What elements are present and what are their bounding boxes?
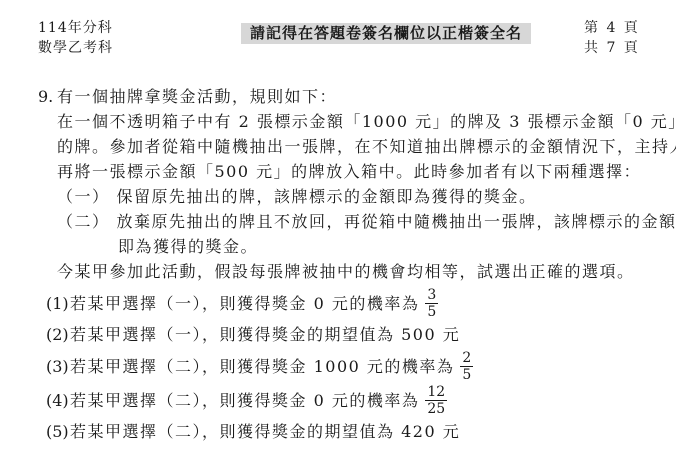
choice-one-row: （一） 保留原先抽出的牌，該牌標示的金額即為獲得的獎金。 (38, 184, 656, 209)
question-9: 9. 有一個抽牌拿獎金活動，規則如下： 在一個不透明箱子中有 2 張標示金額「1… (0, 84, 676, 446)
option-4-label: (4) (46, 388, 70, 413)
page-number-block: 第 4 頁 共 7 頁 (584, 18, 662, 58)
option-1-row: (1) 若某甲選擇（一），則獲得獎金 0 元的機率為 3 5 (38, 286, 656, 320)
question-paragraph-line: 的牌。參加者從箱中隨機抽出一張牌，在不知道抽出牌標示的金額情況下，主持人 (38, 134, 656, 159)
option-1-fraction: 3 5 (425, 287, 438, 320)
option-2-label: (2) (46, 322, 70, 347)
page-total-label: 共 7 頁 (584, 38, 662, 58)
option-3-row: (3) 若某甲選擇（二），則獲得獎金 1000 元的機率為 2 5 (38, 349, 656, 383)
exam-year-label: 114年分科 (38, 18, 188, 38)
fraction-denominator: 5 (460, 367, 473, 383)
choice-one-text: 保留原先抽出的牌，該牌標示的金額即為獲得的獎金。 (117, 184, 537, 209)
choice-one-label: （一） (57, 184, 110, 209)
exam-page: 114年分科 數學乙考科 請記得在答題卷簽名欄位以正楷簽全名 第 4 頁 共 7… (0, 0, 676, 462)
question-paragraph-line: 在一個不透明箱子中有 2 張標示金額「1000 元」的牌及 3 張標示金額「0 … (38, 109, 656, 134)
fraction-denominator: 25 (425, 401, 447, 417)
option-1-label: (1) (46, 291, 70, 316)
option-3-fraction: 2 5 (460, 350, 473, 383)
option-4-row: (4) 若某甲選擇（二），則獲得獎金 0 元的機率為 12 25 (38, 383, 656, 417)
option-5-row: (5) 若某甲選擇（二），則獲得獎金的期望值為 420 元 (38, 417, 656, 446)
option-3-label: (3) (46, 354, 70, 379)
option-5-label: (5) (46, 419, 70, 444)
choice-two-label: （二） (57, 209, 110, 234)
options-list: (1) 若某甲選擇（一），則獲得獎金 0 元的機率為 3 5 (2) 若某甲選擇… (38, 286, 656, 446)
signature-notice-banner: 請記得在答題卷簽名欄位以正楷簽全名 (241, 23, 531, 44)
choice-two-continuation: 即為獲得的獎金。 (38, 234, 656, 259)
exam-name-block: 114年分科 數學乙考科 (38, 18, 188, 58)
option-3-text: 若某甲選擇（二），則獲得獎金 1000 元的機率為 (70, 354, 454, 379)
exam-subject-label: 數學乙考科 (38, 38, 188, 58)
question-number: 9. (38, 84, 57, 109)
choice-two-row: （二） 放棄原先抽出的牌且不放回，再從箱中隨機抽出一張牌，該牌標示的金額 (38, 209, 656, 234)
option-1-text: 若某甲選擇（一），則獲得獎金 0 元的機率為 (70, 291, 419, 316)
page-header: 114年分科 數學乙考科 請記得在答題卷簽名欄位以正楷簽全名 第 4 頁 共 7… (0, 0, 676, 58)
question-summary: 今某甲參加此活動，假設每張牌被抽中的機會均相等，試選出正確的選項。 (38, 259, 656, 284)
choice-two-text: 放棄原先抽出的牌且不放回，再從箱中隨機抽出一張牌，該牌標示的金額 (117, 209, 676, 234)
fraction-numerator: 3 (425, 287, 438, 304)
page-number-label: 第 4 頁 (584, 18, 662, 38)
option-4-text: 若某甲選擇（二），則獲得獎金 0 元的機率為 (70, 388, 419, 413)
fraction-numerator: 12 (425, 384, 447, 401)
question-intro-row: 9. 有一個抽牌拿獎金活動，規則如下： (38, 84, 656, 109)
fraction-denominator: 5 (425, 304, 438, 320)
fraction-numerator: 2 (460, 350, 473, 367)
option-4-fraction: 12 25 (425, 384, 447, 417)
question-paragraph-line: 再將一張標示金額「500 元」的牌放入箱中。此時參加者有以下兩種選擇： (38, 159, 656, 184)
signature-notice-wrap: 請記得在答題卷簽名欄位以正楷簽全名 (188, 18, 584, 44)
option-5-text: 若某甲選擇（二），則獲得獎金的期望值為 420 元 (70, 419, 460, 444)
option-2-row: (2) 若某甲選擇（一），則獲得獎金的期望值為 500 元 (38, 320, 656, 349)
question-intro-text: 有一個抽牌拿獎金活動，規則如下： (57, 84, 337, 109)
option-2-text: 若某甲選擇（一），則獲得獎金的期望值為 500 元 (70, 322, 460, 347)
